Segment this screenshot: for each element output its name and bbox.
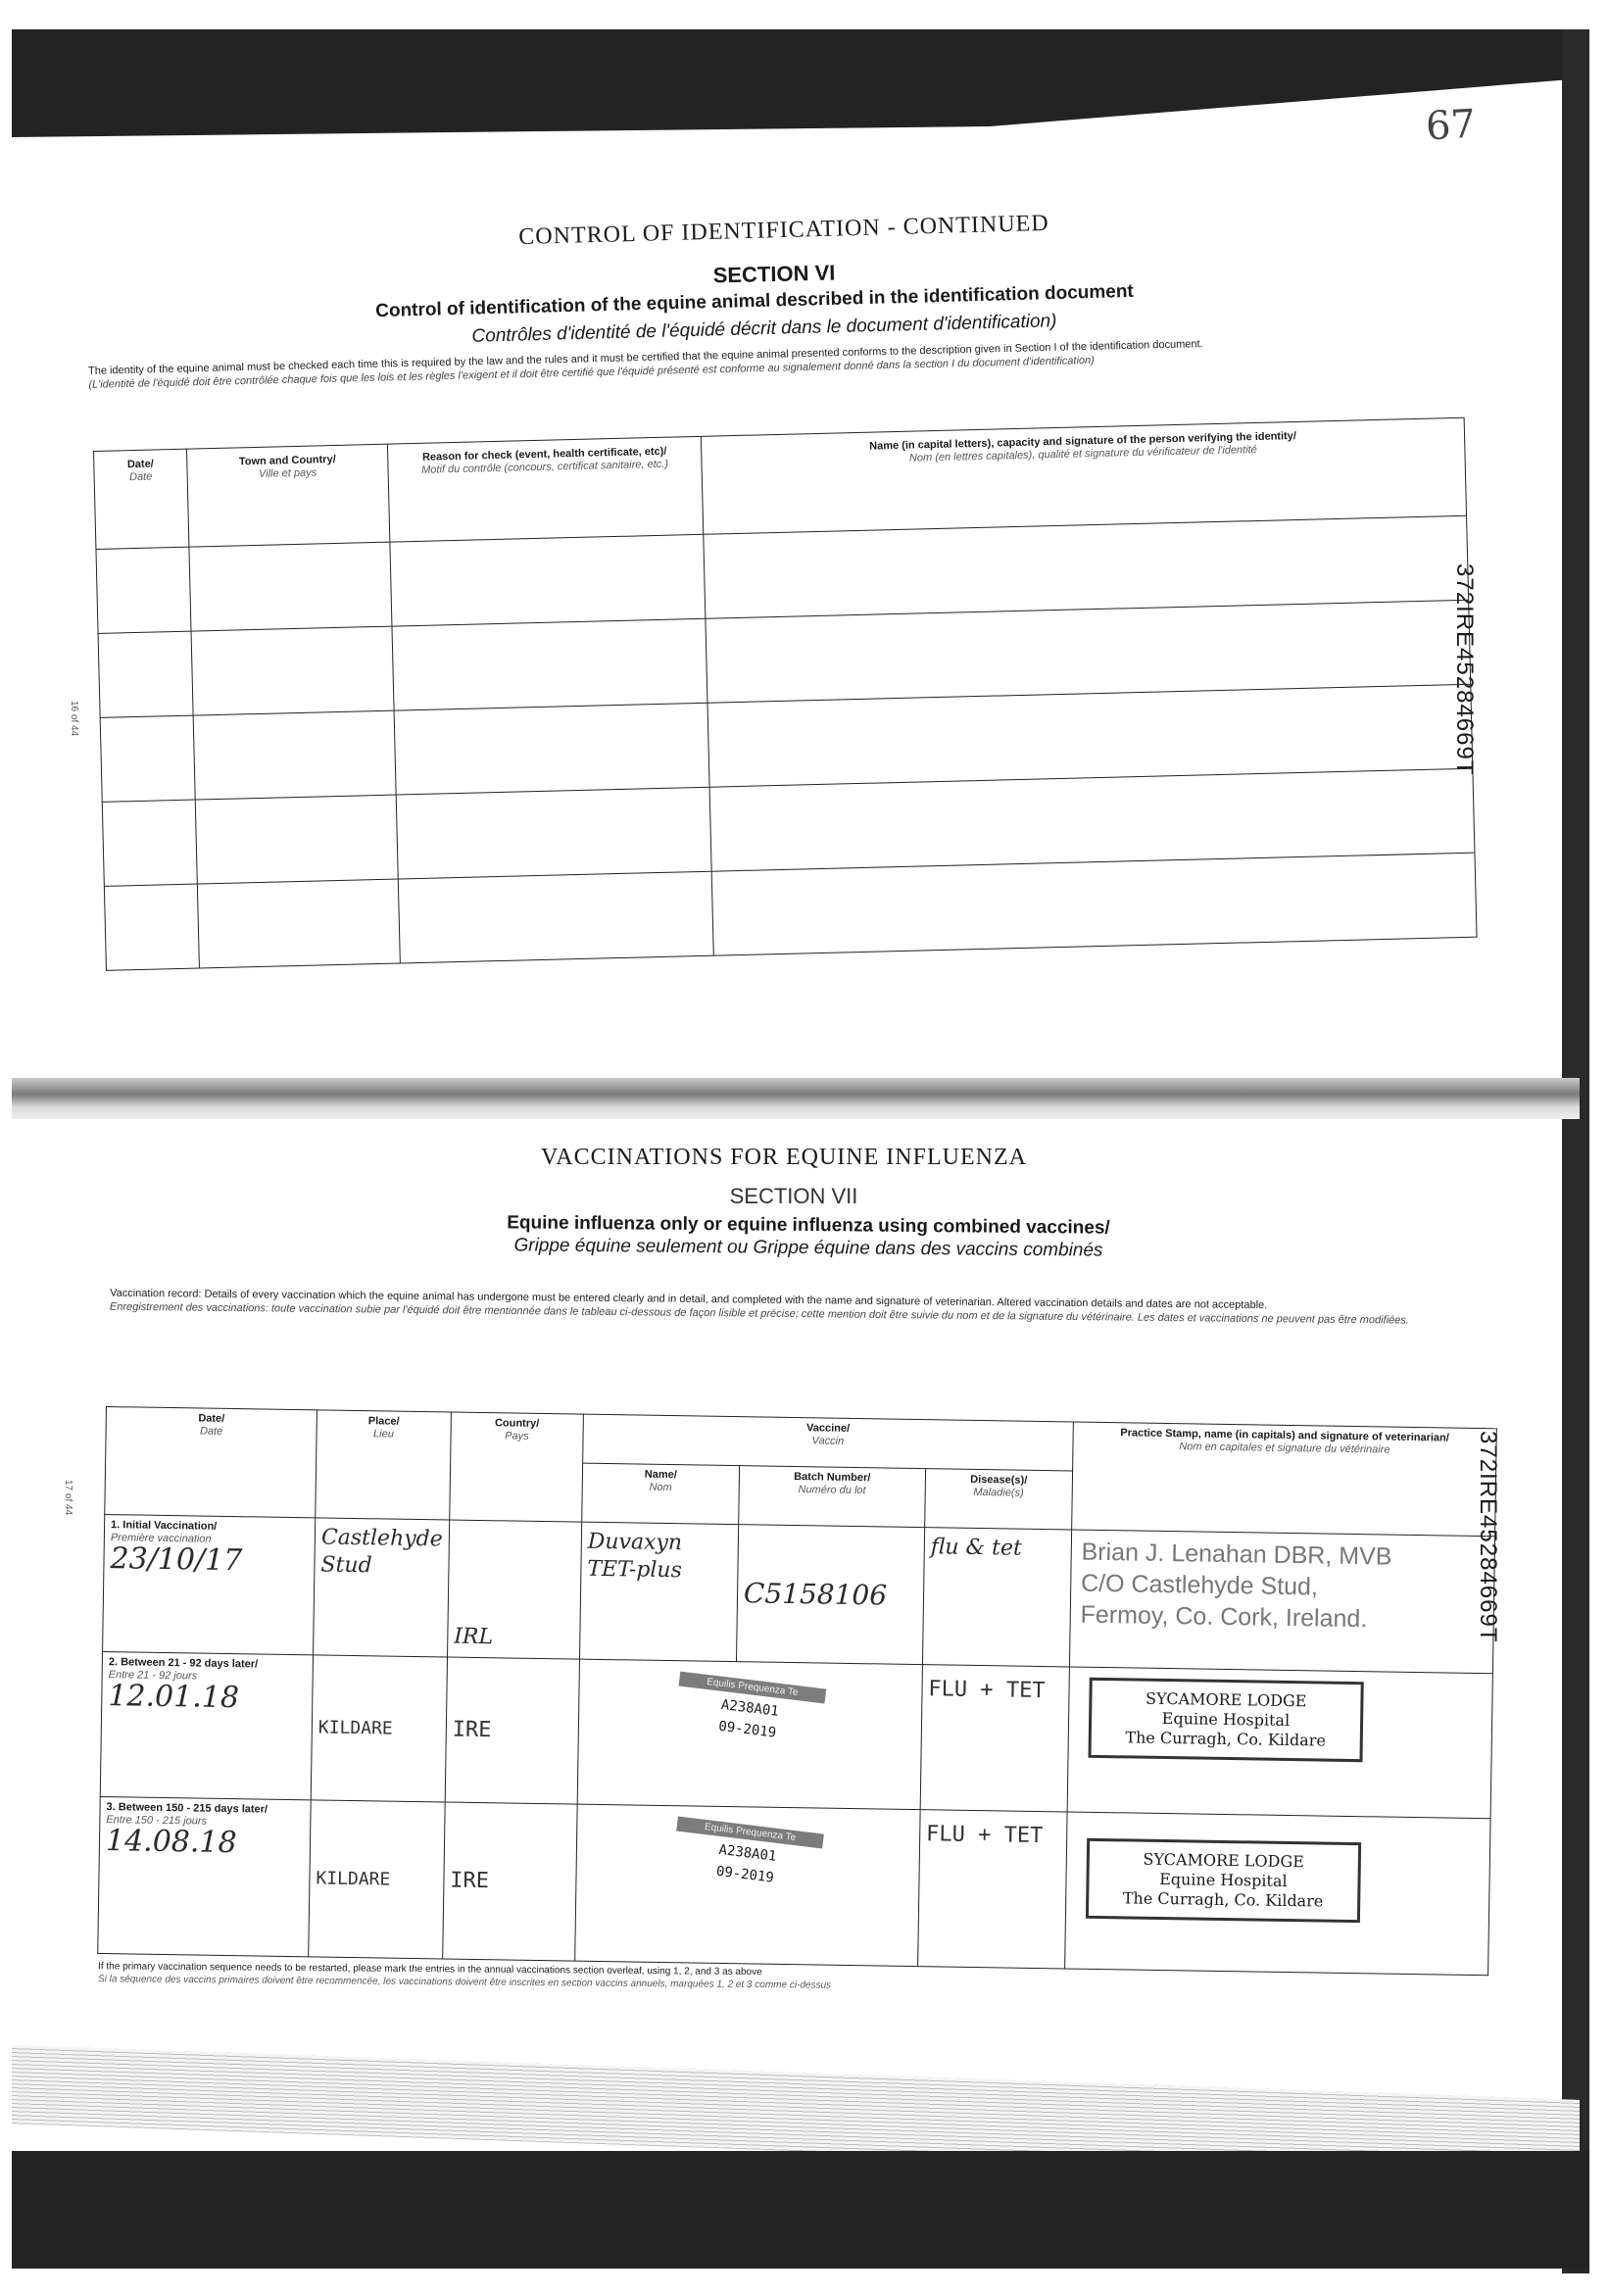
cell-reason[interactable] [390, 534, 706, 626]
cell-town[interactable] [195, 795, 398, 884]
vaccine-batch-sticker: Equilis Prequenza Te A238A01 09-2019 [671, 1817, 824, 1892]
cell-date[interactable]: 12.01.18 [108, 1689, 306, 1705]
row-label: 1. Initial Vaccination/Première vaccinat… [103, 1514, 316, 1654]
section-vi-label: SECTION VI [627, 259, 922, 291]
cell-verifier[interactable] [711, 853, 1477, 955]
document-id-vertical: 372IRE45284669T [1474, 1431, 1501, 1643]
cell-practice-stamp[interactable]: SYCAMORE LODGE Equine Hospital The Curra… [1067, 1667, 1492, 1819]
cell-disease[interactable]: flu & tet [922, 1528, 1071, 1667]
header-vaccine-name: Name/Nom [582, 1463, 740, 1525]
cell-country[interactable]: IRE [443, 1802, 577, 1961]
cell-date[interactable]: 14.08.18 [106, 1834, 304, 1850]
cell-date[interactable]: 23/10/17 [110, 1552, 308, 1568]
hospital-stamp: SYCAMORE LODGE Equine Hospital The Curra… [1086, 1838, 1361, 1923]
cell-reason[interactable] [394, 703, 709, 795]
cell-town[interactable] [189, 542, 392, 631]
table-row-second-vaccination: 2. Between 21 - 92 days later/Entre 21 -… [100, 1651, 1492, 1818]
scan-shadow-bottom [12, 2151, 1589, 2269]
section-vii-label: SECTION VII [647, 1184, 941, 1209]
document-id-vertical: 372IRE45284669T [1450, 563, 1478, 776]
cell-date[interactable] [104, 884, 199, 970]
cell-practice-stamp[interactable]: SYCAMORE LODGE Equine Hospital The Curra… [1064, 1812, 1490, 1976]
row-label: 2. Between 21 - 92 days later/Entre 21 -… [100, 1651, 313, 1799]
scan-shadow-top [12, 29, 1589, 137]
section-vi-title: CONTROL OF IDENTIFICATION - CONTINUED [294, 205, 1274, 257]
cell-reason[interactable] [392, 618, 707, 710]
scan-shadow-right [1562, 29, 1589, 2273]
header-disease: Disease(s)/Maladie(s) [925, 1469, 1073, 1530]
vaccination-table: Date/Date Place/Lieu Country/Pays Vaccin… [97, 1406, 1497, 1976]
cell-country[interactable]: IRL [447, 1520, 581, 1659]
table-row-initial-vaccination: 1. Initial Vaccination/Première vaccinat… [103, 1514, 1495, 1673]
cell-town[interactable] [193, 710, 396, 800]
header-date: Date/Date [94, 449, 189, 549]
header-batch-number: Batch Number/Numéro du lot [739, 1466, 926, 1528]
header-place: Place/Lieu [316, 1410, 452, 1520]
header-town-country: Town and Country/Ville et pays [186, 444, 389, 547]
cell-practice-stamp[interactable]: Brian J. Lenahan DBR, MVB C/O Castlehyde… [1069, 1530, 1494, 1674]
vaccine-batch-sticker: Equilis Prequenza Te A238A01 09-2019 [674, 1672, 827, 1747]
identification-check-table: Date/Date Town and Country/Ville et pays… [93, 417, 1478, 971]
cell-disease[interactable]: FLU + TET [917, 1810, 1066, 1969]
cell-place[interactable]: Castlehyde Stud [314, 1518, 450, 1657]
cell-date[interactable] [102, 800, 197, 886]
cell-reason[interactable] [396, 787, 711, 879]
cell-country[interactable]: IRE [445, 1657, 579, 1804]
cell-date[interactable] [98, 631, 193, 717]
header-verifier: Name (in capital letters), capacity and … [701, 417, 1466, 534]
row-label: 3. Between 150 - 215 days later/Entre 15… [98, 1796, 311, 1956]
section-vi-instructions: The identity of the equine animal must b… [88, 331, 1440, 392]
header-practice-stamp: Practice Stamp, name (in capitals) and s… [1071, 1422, 1496, 1537]
folio-label: 16 of 44 [69, 701, 79, 736]
page-number: 67 [1425, 102, 1477, 150]
book-binding-fold [12, 1078, 1580, 1119]
cell-vaccine-sticker[interactable]: Equilis Prequenza Te A238A01 09-2019 [577, 1659, 922, 1809]
section-vii-title: VACCINATIONS FOR EQUINE INFLUENZA [441, 1145, 1127, 1171]
cell-place[interactable]: KILDARE [309, 1800, 445, 1959]
cell-batch-number[interactable]: C5158106 [736, 1525, 924, 1665]
section-vii-instructions: Vaccination record: Details of every vac… [110, 1287, 1482, 1329]
cell-date[interactable] [96, 547, 191, 633]
folio-label: 17 of 44 [63, 1480, 73, 1515]
cell-town[interactable] [197, 879, 400, 968]
header-reason: Reason for check (event, health certific… [387, 436, 703, 542]
cell-town[interactable] [191, 626, 394, 715]
header-date: Date/Date [105, 1407, 317, 1518]
cell-reason[interactable] [398, 871, 713, 963]
header-country: Country/Pays [450, 1412, 584, 1522]
cell-vaccine-sticker[interactable]: Equilis Prequenza Te A238A01 09-2019 [575, 1804, 920, 1966]
hospital-stamp: SYCAMORE LODGE Equine Hospital The Curra… [1088, 1678, 1363, 1762]
header-vaccine: Vaccine/Vaccin [582, 1414, 1073, 1471]
cell-disease[interactable]: FLU + TET [920, 1665, 1069, 1812]
cell-date[interactable] [100, 715, 195, 802]
table-row-third-vaccination: 3. Between 150 - 215 days later/Entre 15… [98, 1796, 1490, 1975]
cell-place[interactable]: KILDARE [311, 1655, 447, 1802]
vet-stamp: Brian J. Lenahan DBR, MVB C/O Castlehyde… [1070, 1531, 1494, 1643]
cell-vaccine-name[interactable]: Duvaxyn TET-plus [579, 1522, 738, 1661]
